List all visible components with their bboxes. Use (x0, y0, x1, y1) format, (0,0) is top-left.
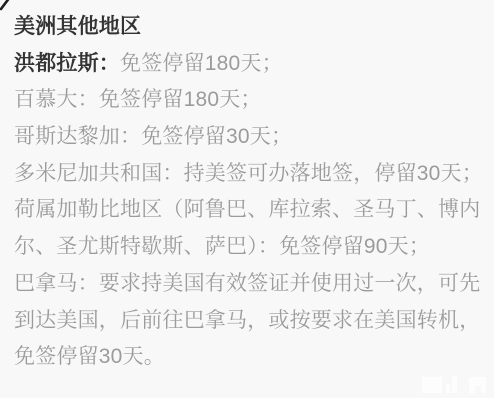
visa-line-honduras: 洪都拉斯：免签停留180天； (14, 46, 486, 83)
country-name-bold: 洪都拉斯： (14, 52, 120, 75)
watermark-notch (475, 386, 481, 393)
watermark-block (422, 377, 442, 393)
visa-line-text: 尔、圣尤斯特歇斯、萨巴）：免签停留90天； (14, 235, 430, 258)
visa-line-panama-3: 免签停留30天。 (14, 339, 486, 376)
visa-line-dutch-caribbean-2: 尔、圣尤斯特歇斯、萨巴）：免签停留90天； (14, 229, 486, 266)
visa-line-text: 到达美国，后前往巴拿马，或按要求在美国转机， (14, 309, 480, 332)
visa-line-text: 哥斯达黎加：免签停留30天； (14, 125, 292, 148)
visa-line-text: 荷属加勒比地区（阿鲁巴、库拉索、圣马丁、博内 (14, 198, 480, 221)
watermark-block (452, 376, 457, 393)
site-watermark (422, 376, 486, 393)
visa-line-text: 免签停留30天。 (14, 345, 165, 368)
visa-line-text: 巴拿马：要求持美国有效签证并使用过一次，可先 (14, 272, 480, 295)
visa-info-section: 美洲其他地区 洪都拉斯：免签停留180天； 百慕大：免签停留180天； 哥斯达黎… (14, 9, 486, 376)
visa-line-text: 多米尼加共和国：持美签可办落地签，停留30天； (14, 162, 483, 185)
visa-line-dutch-caribbean-1: 荷属加勒比地区（阿鲁巴、库拉索、圣马丁、博内 (14, 192, 486, 229)
visa-line-text: 免签停留180天； (120, 52, 283, 75)
visa-line-bermuda: 百慕大：免签停留180天； (14, 82, 486, 119)
section-title: 美洲其他地区 (14, 9, 486, 46)
watermark-block (446, 384, 450, 393)
visa-line-costa-rica: 哥斯达黎加：免签停留30天； (14, 119, 486, 156)
article-text-block: 美洲其他地区 洪都拉斯：免签停留180天； 百慕大：免签停留180天； 哥斯达黎… (0, 0, 494, 398)
visa-line-dominican-republic: 多米尼加共和国：持美签可办落地签，停留30天； (14, 156, 486, 193)
visa-line-panama-2: 到达美国，后前往巴拿马，或按要求在美国转机， (14, 303, 486, 340)
visa-line-text: 百慕大：免签停留180天； (14, 88, 262, 111)
visa-line-panama-1: 巴拿马：要求持美国有效签证并使用过一次，可先 (14, 266, 486, 303)
corner-stroke-mark (0, 0, 12, 12)
